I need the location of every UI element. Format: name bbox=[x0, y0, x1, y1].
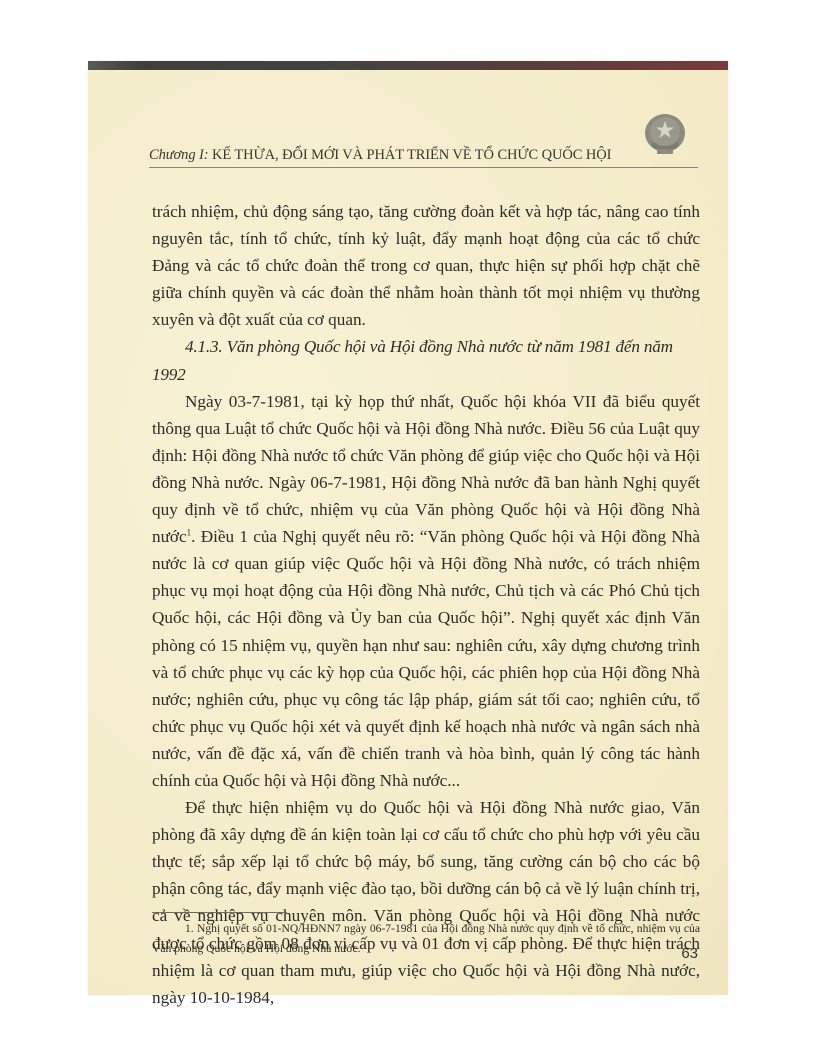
paragraph-text: . Điều 1 của Nghị quyết nêu rõ: “Văn phò… bbox=[152, 527, 700, 790]
header-rule bbox=[149, 167, 698, 168]
running-header: Chương I: KẾ THỪA, ĐỔI MỚI VÀ PHÁT TRIỂN… bbox=[149, 147, 669, 164]
chapter-title: KẾ THỪA, ĐỔI MỚI VÀ PHÁT TRIỂN VỀ TỔ CHỨ… bbox=[208, 147, 611, 163]
footnote: 1. Nghị quyết số 01-NQ/HĐNN7 ngày 06-7-1… bbox=[152, 919, 700, 959]
paragraph: Để thực hiện nhiệm vụ do Quốc hội và Hội… bbox=[152, 794, 700, 1011]
body-text: trách nhiệm, chủ động sáng tạo, tăng cườ… bbox=[152, 198, 700, 1011]
chapter-label: Chương I: bbox=[149, 147, 208, 163]
footnote-rule bbox=[152, 912, 287, 913]
footnote-text: 1. Nghị quyết số 01-NQ/HĐNN7 ngày 06-7-1… bbox=[152, 919, 700, 959]
paragraph-continued: trách nhiệm, chủ động sáng tạo, tăng cườ… bbox=[152, 198, 700, 333]
page-top-bar bbox=[88, 61, 728, 70]
page-number: 63 bbox=[681, 945, 698, 962]
paragraph-text: Ngày 03-7-1981, tại kỳ họp thứ nhất, Quố… bbox=[152, 392, 700, 546]
paragraph: Ngày 03-7-1981, tại kỳ họp thứ nhất, Quố… bbox=[152, 388, 700, 794]
section-heading: 4.1.3. Văn phòng Quốc hội và Hội đồng Nh… bbox=[152, 333, 700, 387]
book-page: Chương I: KẾ THỪA, ĐỔI MỚI VÀ PHÁT TRIỂN… bbox=[88, 61, 728, 995]
national-emblem-icon bbox=[643, 111, 687, 159]
